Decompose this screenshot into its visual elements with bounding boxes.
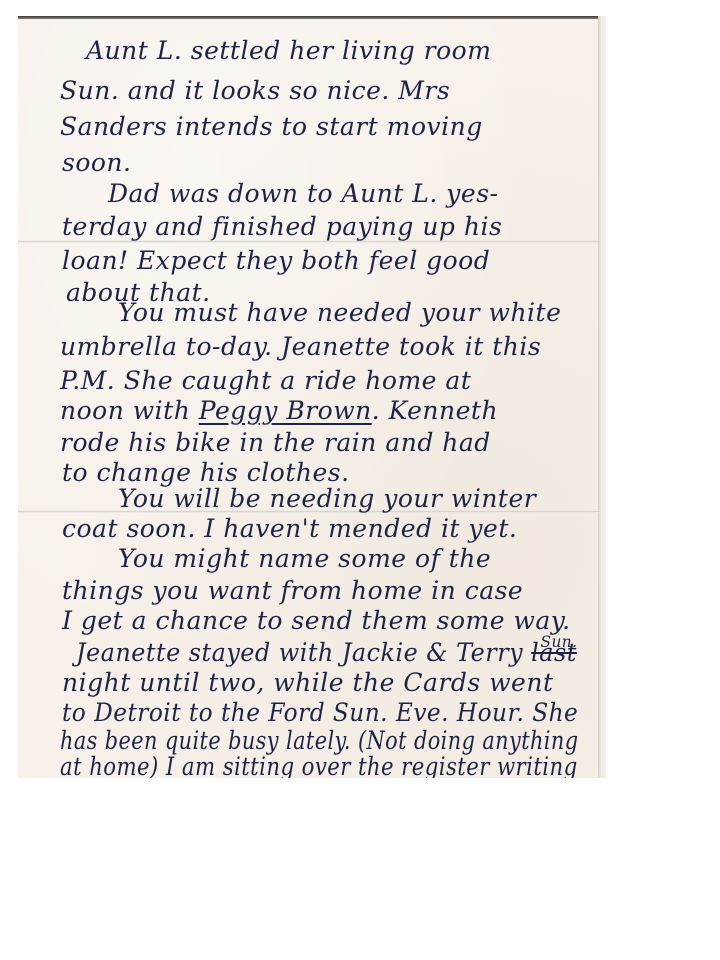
letter-line: You might name some of the bbox=[118, 546, 491, 571]
letter-line: soon. bbox=[62, 150, 131, 175]
letter-line: Sanders intends to start moving bbox=[60, 114, 483, 139]
letter-line: to change his clothes. bbox=[62, 460, 350, 485]
letter-line: Jeanette stayed with Jackie & Terry last… bbox=[76, 640, 577, 665]
letter-line: umbrella to-day. Jeanette took it this bbox=[60, 334, 541, 359]
letter-text: Jeanette stayed with Jackie & Terry bbox=[76, 638, 523, 667]
letter-line: You will be needing your winter bbox=[118, 486, 536, 511]
letter-line: loan! Expect they both feel good bbox=[62, 248, 490, 273]
underlined-word: good bbox=[341, 776, 394, 778]
letter-line: to Detroit to the Ford Sun. Eve. Hour. S… bbox=[62, 700, 578, 725]
letter-line: You must have needed your white bbox=[118, 300, 561, 325]
letter-text: on my knee. Write & be a bbox=[60, 776, 335, 778]
letter-line: Aunt L. settled her living room bbox=[86, 38, 491, 63]
letter-text: noon with bbox=[60, 396, 190, 425]
letter-line: P.M. She caught a ride home at bbox=[60, 368, 471, 393]
letter-line: at home) I am sitting over the register … bbox=[60, 754, 578, 778]
letter-line: night until two, while the Cards went bbox=[62, 670, 554, 695]
inserted-word: Sun. bbox=[541, 632, 578, 651]
page-top-edge bbox=[18, 16, 600, 19]
letter-page: Aunt L. settled her living room Sun. and… bbox=[18, 16, 606, 778]
letter-text: . Kenneth bbox=[372, 396, 498, 425]
page-right-edge bbox=[598, 16, 606, 778]
letter-line: coat soon. I haven't mended it yet. bbox=[62, 516, 517, 541]
letter-line: noon with Peggy Brown. Kenneth bbox=[60, 398, 498, 423]
letter-line: rode his bike in the rain and had bbox=[60, 430, 491, 455]
letter-line: I get a chance to send them some way. bbox=[62, 608, 571, 633]
letter-line: things you want from home in case bbox=[62, 578, 523, 603]
letter-signoff: girl. Love, Mom. bbox=[401, 776, 579, 778]
letter-line: has been quite busy lately. (Not doing a… bbox=[60, 728, 578, 753]
letter-line: Dad was down to Aunt L. yes- bbox=[108, 181, 498, 206]
letter-line: Sun. and it looks so nice. Mrs bbox=[60, 78, 450, 103]
letter-line: terday and finished paying up his bbox=[62, 214, 502, 239]
underlined-name: Peggy Brown bbox=[199, 396, 372, 425]
